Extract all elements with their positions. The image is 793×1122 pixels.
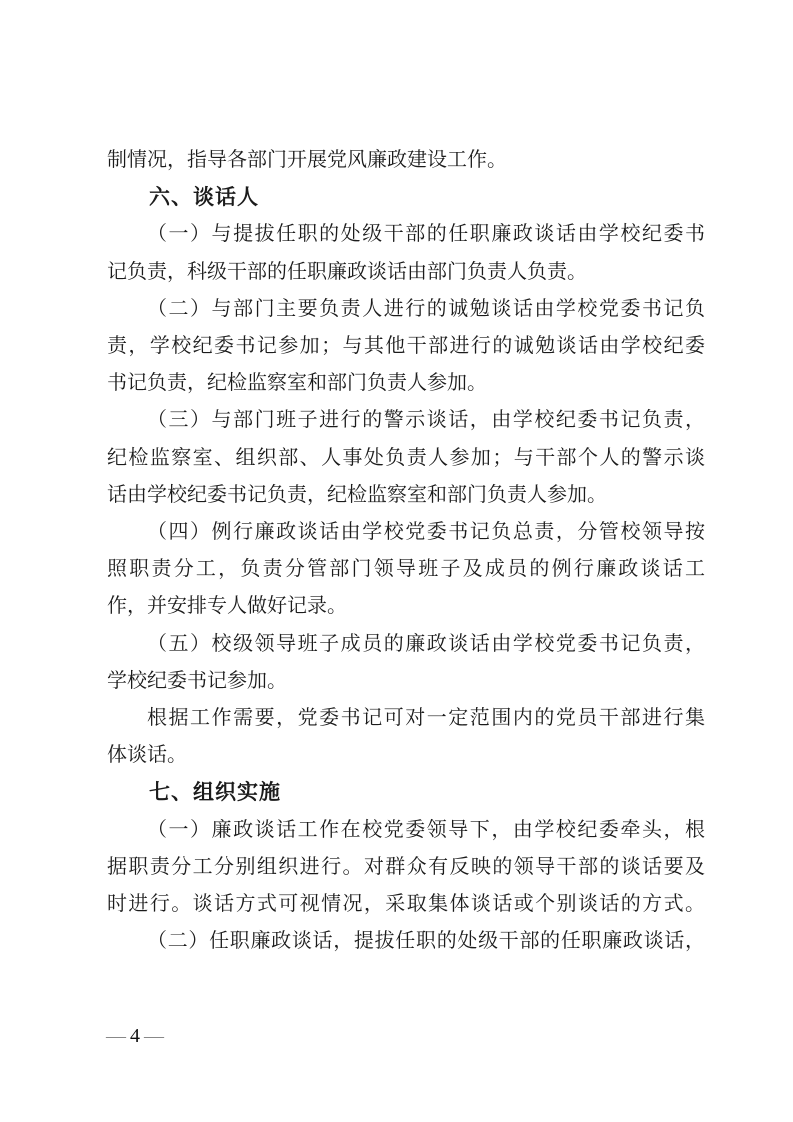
text-line: （一）与提拔任职的处级干部的任职廉政谈话由学校纪委书: [107, 216, 705, 253]
text-line: 作，并安排专人做好记录。: [107, 588, 705, 625]
text-line: （二）与部门主要负责人进行的诚勉谈话由学校党委书记负: [107, 291, 705, 328]
text-line: （二）任职廉政谈话，提拔任职的处级干部的任职廉政谈话，: [107, 923, 705, 960]
page-footer: —4—: [106, 1024, 164, 1048]
text-line: 责，学校纪委书记参加；与其他干部进行的诚勉谈话由学校纪委: [107, 328, 705, 365]
footer-dash-right: —: [144, 1025, 164, 1047]
text-line: 纪检监察室、组织部、人事处负责人参加；与干部个人的警示谈: [107, 440, 705, 477]
text-line: 话由学校纪委书记负责，纪检监察室和部门负责人参加。: [107, 477, 705, 514]
text-line: 根据工作需要，党委书记可对一定范围内的党员干部进行集: [107, 700, 705, 737]
text-line: （三）与部门班子进行的警示谈话，由学校纪委书记负责，: [107, 402, 705, 439]
text-line: （五）校级领导班子成员的廉政谈话由学校党委书记负责，: [107, 626, 705, 663]
text-line: 照职责分工，负责分管部门领导班子及成员的例行廉政谈话工: [107, 551, 705, 588]
text-line: 记负责，科级干部的任职廉政谈话由部门负责人负责。: [107, 254, 705, 291]
section-heading: 七、组织实施: [107, 774, 705, 811]
text-line: 学校纪委书记参加。: [107, 663, 705, 700]
text-line: 体谈话。: [107, 737, 705, 774]
text-line: 制情况，指导各部门开展党风廉政建设工作。: [107, 142, 705, 179]
text-line: 时进行。谈话方式可视情况，采取集体谈话或个别谈话的方式。: [107, 886, 705, 923]
text-line: 书记负责，纪检监察室和部门负责人参加。: [107, 365, 705, 402]
document-page: 制情况，指导各部门开展党风廉政建设工作。六、谈话人（一）与提拔任职的处级干部的任…: [0, 0, 793, 1122]
text-line: （四）例行廉政谈话由学校党委书记负总责，分管校领导按: [107, 514, 705, 551]
text-line: 据职责分工分别组织进行。对群众有反映的领导干部的谈话要及: [107, 849, 705, 886]
document-content: 制情况，指导各部门开展党风廉政建设工作。六、谈话人（一）与提拔任职的处级干部的任…: [107, 142, 705, 960]
footer-dash-left: —: [106, 1025, 126, 1047]
text-line: （一）廉政谈话工作在校党委领导下，由学校纪委牵头，根: [107, 812, 705, 849]
page-number: 4: [130, 1025, 140, 1047]
section-heading: 六、谈话人: [107, 179, 705, 216]
